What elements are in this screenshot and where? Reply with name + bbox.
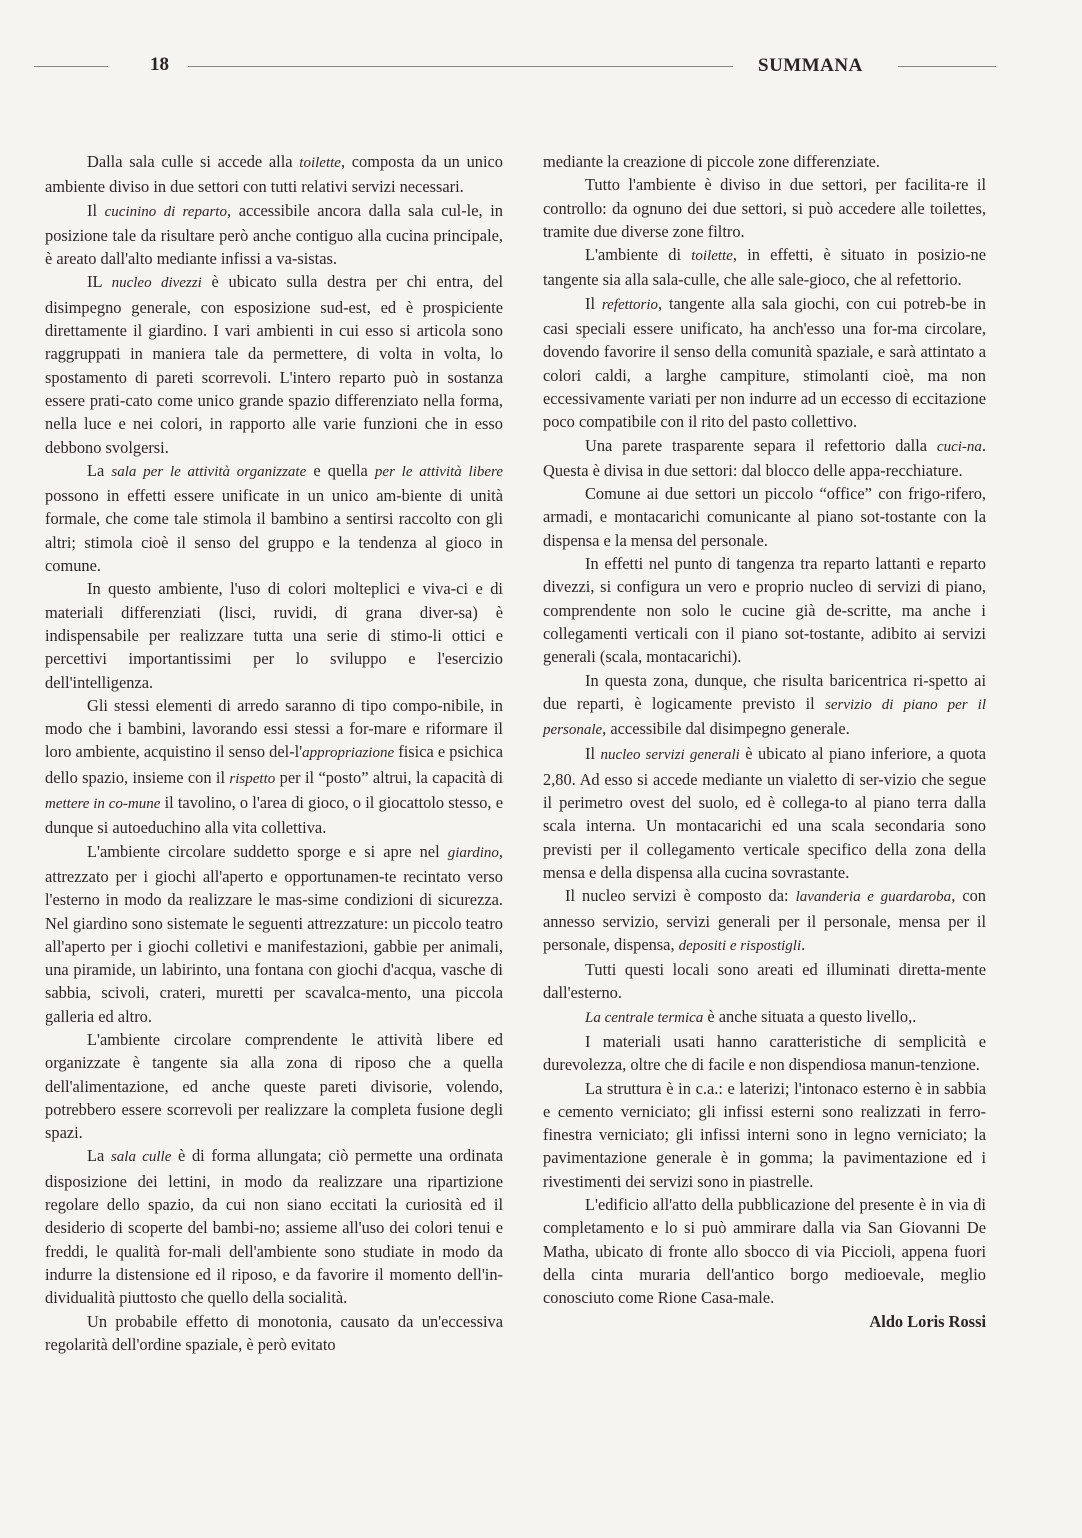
author-signature: Aldo Loris Rossi <box>543 1310 986 1333</box>
body-text: L'ambiente circolare comprendente le att… <box>45 1030 503 1142</box>
emphasis-text: toilette <box>299 155 341 171</box>
body-text: possono in effetti essere unificate in u… <box>45 486 503 575</box>
emphasis-text: rispetto <box>229 771 275 787</box>
paragraph: La sala culle è di forma allungata; ciò … <box>45 1144 503 1309</box>
body-text: Tutto l'ambiente è diviso in due settori… <box>543 175 986 241</box>
body-text: Il <box>87 201 105 220</box>
paragraph: L'ambiente circolare suddetto sporge e s… <box>45 840 503 1028</box>
body-text: , tangente alla sala giochi, con cui pot… <box>543 294 986 431</box>
paragraph: In questa zona, dunque, che risulta bari… <box>543 669 986 743</box>
body-text: mediante la creazione di piccole zone di… <box>543 152 880 171</box>
paragraph: Dalla sala culle si accede alla toilette… <box>45 150 503 199</box>
emphasis-text: sala per le attività organizzate <box>111 464 306 480</box>
header-rule-right <box>898 66 996 67</box>
body-text: Comune ai due settori un piccolo “office… <box>543 484 986 550</box>
emphasis-text: appropriazione <box>302 745 394 761</box>
body-text: IL <box>87 272 112 291</box>
paragraph: L'ambiente circolare comprendente le att… <box>45 1028 503 1144</box>
left-column: Dalla sala culle si accede alla toilette… <box>45 150 503 1356</box>
body-text: Una parete trasparente separa il refetto… <box>585 436 937 455</box>
emphasis-text: nucleo servizi generali <box>600 747 739 763</box>
body-text: In questo ambiente, l'uso di colori molt… <box>45 579 503 691</box>
body-text: L'ambiente di <box>585 245 691 264</box>
body-text: In effetti nel punto di tangenza tra rep… <box>543 554 986 666</box>
emphasis-text: La centrale termica <box>585 1010 703 1026</box>
paragraph: La struttura è in c.a.: e laterizi; l'in… <box>543 1077 986 1193</box>
emphasis-text: depositi e rispostigli <box>679 938 802 954</box>
emphasis-text: cuci-na <box>937 439 982 455</box>
body-text: Il <box>585 744 600 763</box>
paragraph: In questo ambiente, l'uso di colori molt… <box>45 577 503 693</box>
emphasis-text: toilette <box>691 248 733 264</box>
body-text: L'ambiente circolare suddetto sporge e s… <box>87 842 448 861</box>
body-text: per il “posto” altrui, la capacità di <box>275 768 503 787</box>
body-text: La <box>87 461 111 480</box>
page-number: 18 <box>150 54 169 76</box>
paragraph: La sala per le attività organizzate e qu… <box>45 459 503 577</box>
journal-title: SUMMANA <box>758 55 863 77</box>
emphasis-text: mettere in co-mune <box>45 796 160 812</box>
header-rule-middle <box>188 66 733 67</box>
paragraph: Il refettorio, tangente alla sala giochi… <box>543 292 986 434</box>
paragraph: L'ambiente di toilette, in effetti, è si… <box>543 243 986 292</box>
body-text: è anche situata a questo livello,. <box>703 1007 916 1026</box>
body-text: , attrezzato per i giochi all'aperto e o… <box>45 842 503 1026</box>
page-header: 18 SUMMANA <box>34 52 996 80</box>
body-text: Dalla sala culle si accede alla <box>87 152 299 171</box>
emphasis-text: lavanderia e guardaroba <box>796 889 952 905</box>
paragraph: Un probabile effetto di monotonia, causa… <box>45 1310 503 1357</box>
paragraph: Gli stessi elementi di arredo saranno di… <box>45 694 503 840</box>
paragraph: Il nucleo servizi generali è ubicato al … <box>543 742 986 884</box>
body-text: è ubicato sulla destra per chi entra, de… <box>45 272 503 456</box>
body-text: Il nucleo servizi è composto da: <box>565 886 796 905</box>
body-text: I materiali usati hanno caratteristiche … <box>543 1032 986 1074</box>
paragraph: In effetti nel punto di tangenza tra rep… <box>543 552 986 668</box>
body-text: è ubicato al piano inferiore, a quota 2,… <box>543 744 986 881</box>
body-text: e quella <box>306 461 375 480</box>
emphasis-text: giardino <box>448 845 499 861</box>
body-text: La struttura è in c.a.: e laterizi; l'in… <box>543 1079 986 1191</box>
body-text: , accessibile dal disimpegno generale. <box>602 719 850 738</box>
paragraph: I materiali usati hanno caratteristiche … <box>543 1030 986 1077</box>
body-text: è di forma allungata; ciò permette una o… <box>45 1146 503 1307</box>
paragraph: Tutti questi locali sono areati ed illum… <box>543 958 986 1005</box>
body-text: L'edificio all'atto della pubblicazione … <box>543 1195 986 1307</box>
paragraph: Comune ai due settori un piccolo “office… <box>543 482 986 552</box>
paragraph: La centrale termica è anche situata a qu… <box>543 1005 986 1030</box>
paragraph: Il nucleo servizi è composto da: lavande… <box>543 884 986 958</box>
emphasis-text: nucleo divezzi <box>112 275 202 291</box>
right-column: mediante la creazione di piccole zone di… <box>543 150 986 1333</box>
paragraph: Una parete trasparente separa il refetto… <box>543 434 986 483</box>
paragraph: Il cucinino di reparto, accessibile anco… <box>45 199 503 271</box>
body-text: Il <box>585 294 602 313</box>
paragraph: Tutto l'ambiente è diviso in due settori… <box>543 173 986 243</box>
paragraph: IL nucleo divezzi è ubicato sulla destra… <box>45 270 503 458</box>
body-text: La <box>87 1146 111 1165</box>
body-text: Un probabile effetto di monotonia, causa… <box>45 1312 503 1354</box>
paragraph: mediante la creazione di piccole zone di… <box>543 150 986 173</box>
emphasis-text: refettorio <box>602 297 658 313</box>
emphasis-text: cucinino di reparto <box>105 204 227 220</box>
body-text: . <box>801 935 805 954</box>
header-rule-left <box>34 66 108 67</box>
emphasis-text: per le attività libere <box>375 464 503 480</box>
body-text: Tutti questi locali sono areati ed illum… <box>543 960 986 1002</box>
emphasis-text: sala culle <box>111 1149 171 1165</box>
paragraph: L'edificio all'atto della pubblicazione … <box>543 1193 986 1309</box>
